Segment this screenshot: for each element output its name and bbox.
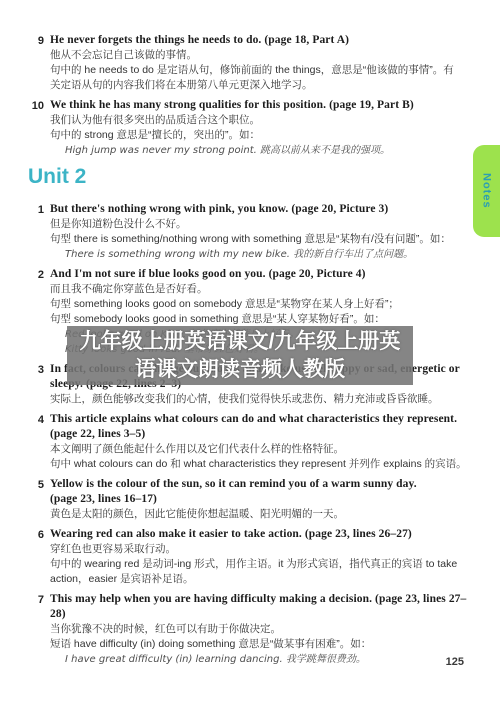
note-item: 1But there's nothing wrong with pink, yo… [28, 202, 470, 262]
notes-side-tab: Notes [473, 145, 500, 237]
note-item-number: 3 [28, 362, 44, 407]
unit-header: Unit 2 [28, 166, 470, 188]
watermark-overlay: 九年级上册英语课文/九年级上册英 语课文朗读音频人教版 [67, 326, 413, 385]
note-line-en: This article explains what colours can d… [50, 412, 470, 427]
note-item-lines: Yellow is the colour of the sun, so it c… [50, 477, 470, 522]
note-line-zh: 穿红色也更容易采取行动。 [50, 542, 470, 557]
note-line-example: There is something wrong with my new bik… [50, 247, 470, 262]
note-item-number: 9 [28, 33, 44, 93]
note-line-zh: 而且我不确定你穿蓝色是否好看。 [50, 282, 470, 297]
note-line-mixed: action，easier 是宾语补足语。 [50, 572, 470, 587]
note-line-en: (page 22, lines 3–5) [50, 427, 470, 442]
note-line-zh: 本文阐明了颜色能起什么作用以及它们代表什么样的性格特征。 [50, 442, 470, 457]
note-item: 6Wearing red can also make it easier to … [28, 527, 470, 587]
note-line-en: We think he has many strong qualities fo… [50, 98, 470, 113]
watermark-line-1: 九年级上册英语课文/九年级上册英 [80, 328, 401, 356]
note-item-lines: This may help when you are having diffic… [50, 592, 470, 667]
textbook-page: 9He never forgets the things he needs to… [0, 0, 500, 706]
note-line-en: And I'm not sure if blue looks good on y… [50, 267, 470, 282]
note-line-mixed: 句中的 strong 意思是“擅长的，突出的”。如： [50, 128, 470, 143]
page-number: 125 [446, 656, 464, 668]
note-line-en: This may help when you are having diffic… [50, 592, 470, 622]
note-item-number: 7 [28, 592, 44, 667]
note-line-mixed: 句中的 wearing red 是动词-ing 形式，用作主语。it 为形式宾语… [50, 557, 470, 572]
note-line-zh: 当你犹豫不决的时候，红色可以有助于你做决定。 [50, 622, 470, 637]
note-item: 9He never forgets the things he needs to… [28, 33, 470, 93]
note-line-mixed: 句型 there is something/nothing wrong with… [50, 232, 470, 247]
note-item-number: 1 [28, 202, 44, 262]
note-line-en: (page 23, lines 16–17) [50, 492, 470, 507]
note-line-en: Wearing red can also make it easier to t… [50, 527, 470, 542]
note-line-zh: 黄色是太阳的颜色，因此它能使你想起温暖、阳光明媚的一天。 [50, 507, 470, 522]
note-line-en: But there's nothing wrong with pink, you… [50, 202, 470, 217]
note-item-lines: This article explains what colours can d… [50, 412, 470, 472]
note-item-lines: We think he has many strong qualities fo… [50, 98, 470, 158]
note-item-lines: Wearing red can also make it easier to t… [50, 527, 470, 587]
note-line-zh: 但是你知道粉色没什么不好。 [50, 217, 470, 232]
note-item: 4This article explains what colours can … [28, 412, 470, 472]
note-item-number: 6 [28, 527, 44, 587]
note-item: 10We think he has many strong qualities … [28, 98, 470, 158]
note-item-lines: But there's nothing wrong with pink, you… [50, 202, 470, 262]
note-line-zh: 关定语从句的内容我们将在本册第八单元更深入地学习。 [50, 78, 470, 93]
note-line-mixed: 短语 have difficulty (in) doing something … [50, 637, 470, 652]
notes-tab-label: Notes [481, 173, 493, 209]
note-item-number: 2 [28, 267, 44, 357]
note-line-example: High jump was never my strong point. 跳高以… [50, 143, 470, 158]
note-item-number: 5 [28, 477, 44, 522]
watermark-line-2: 语课文朗读音频人教版 [135, 356, 345, 384]
note-line-mixed: 句中 what colours can do 和 what characteri… [50, 457, 470, 472]
note-item: 7This may help when you are having diffi… [28, 592, 470, 667]
note-line-mixed: 句型 somebody looks good in something 意思是“… [50, 312, 470, 327]
note-line-zh: 我们认为他有很多突出的品质适合这个职位。 [50, 113, 470, 128]
note-item-lines: He never forgets the things he needs to … [50, 33, 470, 93]
note-item-number: 10 [28, 98, 44, 158]
note-line-mixed: 句中的 he needs to do 是定语从句，修饰前面的 the thing… [50, 63, 470, 78]
note-line-en: Yellow is the colour of the sun, so it c… [50, 477, 470, 492]
note-line-zh: 实际上，颜色能够改变我们的心情，使我们觉得快乐或悲伤、精力充沛或昏昏欲睡。 [50, 392, 470, 407]
note-item: 5Yellow is the colour of the sun, so it … [28, 477, 470, 522]
note-line-example: I have great difficulty (in) learning da… [50, 652, 470, 667]
note-item-number: 4 [28, 412, 44, 472]
note-line-mixed: 句型 something looks good on somebody 意思是“… [50, 297, 470, 312]
note-line-zh: 他从不会忘记自己该做的事情。 [50, 48, 470, 63]
note-line-en: He never forgets the things he needs to … [50, 33, 470, 48]
